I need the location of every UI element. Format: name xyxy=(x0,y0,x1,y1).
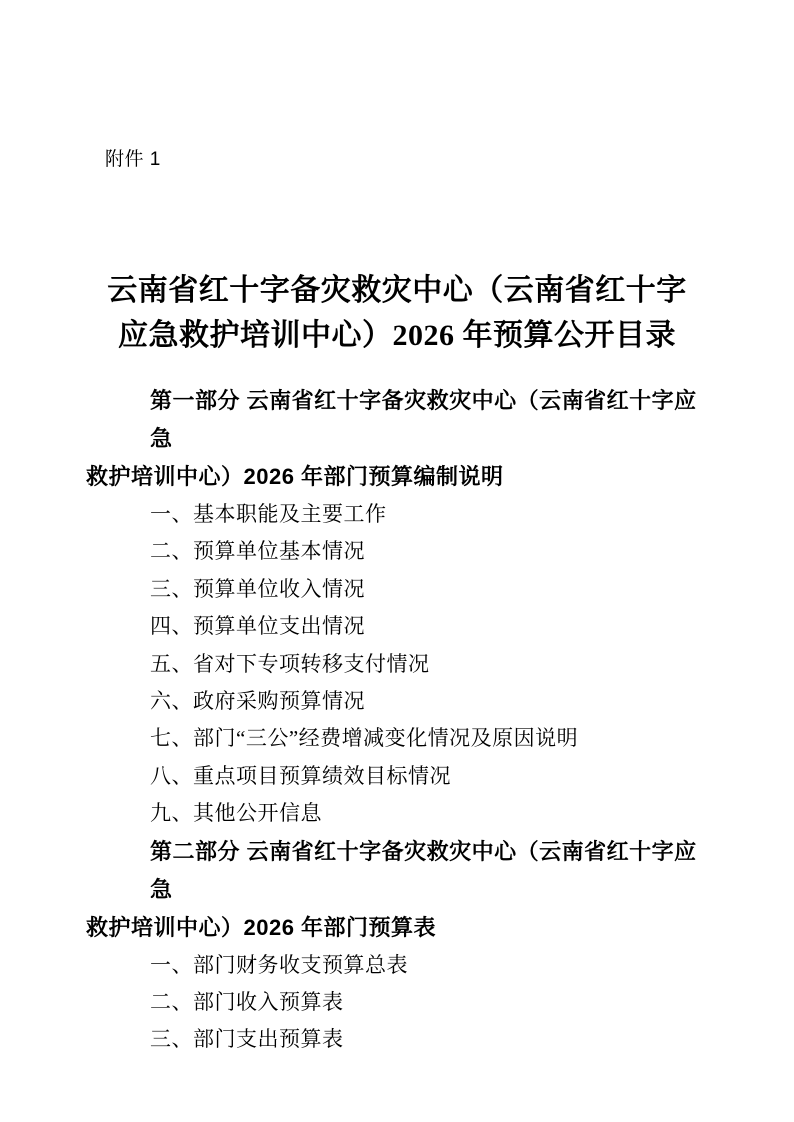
toc-item-2-2: 二、部门收入预算表 xyxy=(86,984,708,1021)
toc-item-2-3: 三、部门支出预算表 xyxy=(86,1021,708,1058)
section-1-heading-line-2: 救护培训中心）2026 年部门预算编制说明 xyxy=(86,458,708,496)
toc-item-1-9: 九、其他公开信息 xyxy=(86,795,708,832)
toc-item-1-7: 七、部门“三公”经费增减变化情况及原因说明 xyxy=(86,720,708,757)
section-1-heading-line-1: 第一部分 云南省红十字备灾救灾中心（云南省红十字应急 xyxy=(86,382,708,458)
section-1-toc-list: 一、基本职能及主要工作 二、预算单位基本情况 三、预算单位收入情况 四、预算单位… xyxy=(86,496,708,833)
document-title: 云南省红十字备灾救灾中心（云南省红十字 应急救护培训中心）2026 年预算公开目… xyxy=(86,268,708,358)
section-2-toc-list: 一、部门财务收支预算总表 二、部门收入预算表 三、部门支出预算表 xyxy=(86,947,708,1059)
document-page: 附件 1 云南省红十字备灾救灾中心（云南省红十字 应急救护培训中心）2026 年… xyxy=(0,0,794,1122)
toc-item-1-6: 六、政府采购预算情况 xyxy=(86,683,708,720)
section-part-2: 第二部分 云南省红十字备灾救灾中心（云南省红十字应急 救护培训中心）2026 年… xyxy=(86,833,708,1059)
section-2-heading-line-1: 第二部分 云南省红十字备灾救灾中心（云南省红十字应急 xyxy=(86,833,708,909)
attachment-label: 附件 1 xyxy=(105,0,708,172)
section-2-heading-line-2: 救护培训中心）2026 年部门预算表 xyxy=(86,909,708,947)
section-2-heading: 第二部分 云南省红十字备灾救灾中心（云南省红十字应急 救护培训中心）2026 年… xyxy=(86,833,708,947)
toc-item-1-3: 三、预算单位收入情况 xyxy=(86,571,708,608)
section-part-1: 第一部分 云南省红十字备灾救灾中心（云南省红十字应急 救护培训中心）2026 年… xyxy=(86,382,708,833)
document-title-line-1: 云南省红十字备灾救灾中心（云南省红十字 xyxy=(86,268,708,313)
toc-item-2-1: 一、部门财务收支预算总表 xyxy=(86,947,708,984)
toc-item-1-2: 二、预算单位基本情况 xyxy=(86,533,708,570)
toc-item-1-1: 一、基本职能及主要工作 xyxy=(86,496,708,533)
toc-item-1-4: 四、预算单位支出情况 xyxy=(86,608,708,645)
document-title-line-2: 应急救护培训中心）2026 年预算公开目录 xyxy=(86,313,708,358)
section-1-heading: 第一部分 云南省红十字备灾救灾中心（云南省红十字应急 救护培训中心）2026 年… xyxy=(86,382,708,496)
toc-item-1-8: 八、重点项目预算绩效目标情况 xyxy=(86,758,708,795)
toc-item-1-5: 五、省对下专项转移支付情况 xyxy=(86,646,708,683)
